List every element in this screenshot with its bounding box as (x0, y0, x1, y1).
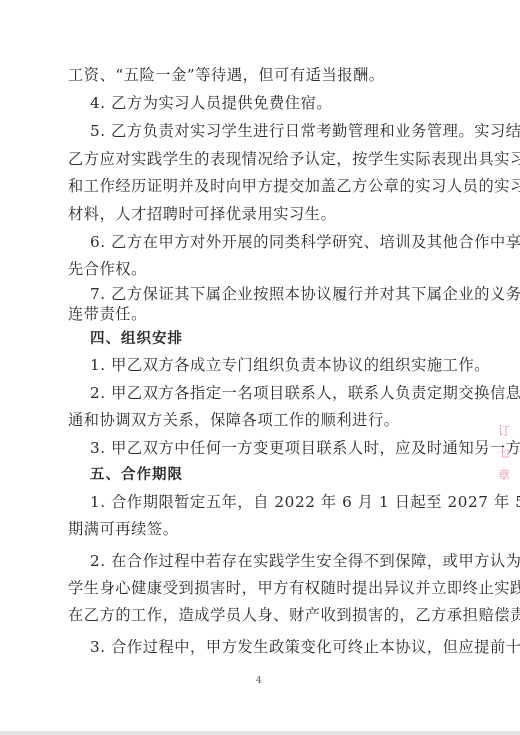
text-line: 连带责任。 (68, 305, 147, 323)
section-heading: 四、组织安排 (90, 330, 183, 348)
text-line: 先合作权。 (68, 260, 147, 278)
text-line: 期满可再续签。 (68, 520, 179, 538)
text-line: 工资、“五险一金”等待遇，但可有适当报酬。 (68, 66, 385, 84)
text-line: 学生身心健康受到损害时，甲方有权随时提出异议并立即终止实践学生 (68, 579, 520, 597)
text-line: 乙方应对实践学生的表现情况给予认定，按学生实际表现出具实习鉴定 (68, 150, 520, 168)
seal-char: 七 (498, 442, 514, 464)
page-edge (0, 731, 520, 735)
text-line: 3. 甲乙双方中任何一方变更项目联系人时，应及时通知另一方。 (90, 439, 520, 457)
text-line: 在乙方的工作，造成学员人身、财产收到损害的，乙方承担赔偿责任。 (68, 606, 520, 624)
text-line: 4. 乙方为实习人员提供免费住宿。 (90, 94, 332, 112)
text-line: 3. 合作过程中，甲方发生政策变化可终止本协议，但应提前十日通 (90, 638, 520, 656)
text-line: 2. 在合作过程中若存在实践学生安全得不到保障，或甲方认为实践 (90, 552, 520, 570)
page-number: 4 (256, 676, 262, 686)
text-line: 和工作经历证明并及时向甲方提交加盖乙方公章的实习人员的实习鉴定 (68, 177, 520, 195)
seal-stamp-fragment: 订 七 章 (498, 420, 514, 510)
text-line: 2. 甲乙双方各指定一名项目联系人，联系人负责定期交换信息，沟 (90, 384, 520, 402)
text-line: 6. 乙方在甲方对外开展的同类科学研究、培训及其他合作中享有优 (90, 233, 520, 251)
text-line: 5. 乙方负责对实习学生进行日常考勤管理和业务管理。实习结束后， (90, 122, 520, 140)
document-page: 工资、“五险一金”等待遇，但可有适当报酬。 4. 乙方为实习人员提供免费住宿。 … (0, 0, 520, 735)
text-line: 材料，人才招聘时可择优录用实习生。 (68, 205, 336, 223)
seal-char: 章 (498, 464, 514, 486)
seal-char: 订 (498, 420, 514, 442)
text-line: 7. 乙方保证其下属企业按照本协议履行并对其下属企业的义务承担 (90, 285, 520, 303)
text-line: 1. 甲乙双方各成立专门组织负责本协议的组织实施工作。 (90, 356, 490, 374)
section-heading: 五、合作期限 (90, 466, 183, 484)
text-line: 通和协调双方关系，保障各项工作的顺利进行。 (68, 411, 400, 429)
text-line: 1. 合作期限暂定五年，自 2022 年 6 月 1 日起至 2027 年 5 … (90, 493, 520, 511)
